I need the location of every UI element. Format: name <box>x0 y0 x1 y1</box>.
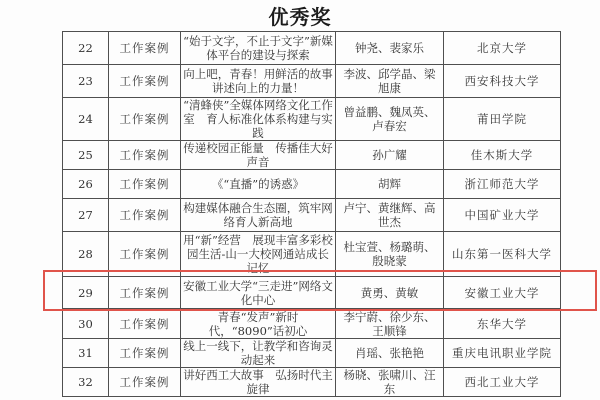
award-table: 22 工作案例 “始于文字，不止于文字”新媒体平台的建设与探索 钟尧、裴家乐 北… <box>62 31 561 397</box>
cell-number: 32 <box>63 368 109 397</box>
document-page: 优秀奖 22 工作案例 “始于文字，不止于文字”新媒体平台的建设与探索 钟尧、裴… <box>0 0 600 400</box>
cell-category: 工作案例 <box>109 65 181 98</box>
cell-project: 传递校园正能量 传播佳大好声音 <box>181 141 336 170</box>
table-row: 28 工作案例 用“新”经营 展现丰富多彩校园生活-山一大校网通站成长记忆 杜宝… <box>63 232 561 277</box>
cell-project: 构建媒体融合生态圈，筑牢网络育人新高地 <box>181 199 336 232</box>
table-row-highlighted: 29 工作案例 安徽工业大学“三走进”网络文化中心 黄勇、黄敏 安徽工业大学 <box>63 277 561 309</box>
cell-project: 线上一线下，让教学和咨询灵动起来 <box>181 339 336 368</box>
table-row: 31 工作案例 线上一线下，让教学和咨询灵动起来 肖瑶、张艳艳 重庆电讯职业学院 <box>63 339 561 368</box>
cell-university: 中国矿业大学 <box>444 199 561 232</box>
table-row: 26 工作案例 《“直播”的诱惑》 胡辉 浙江师范大学 <box>63 170 561 199</box>
cell-university: 安徽工业大学 <box>444 277 561 309</box>
cell-university: 莆田学院 <box>444 98 561 141</box>
cell-number: 29 <box>63 277 109 309</box>
cell-category: 工作案例 <box>109 339 181 368</box>
cell-project: “始于文字，不止于文字”新媒体平台的建设与探索 <box>181 32 336 65</box>
cell-number: 27 <box>63 199 109 232</box>
table-row: 32 工作案例 讲好西工大故事 弘扬时代主旋律 杨晓、张啸川、汪东 西北工业大学 <box>63 368 561 397</box>
cell-number: 26 <box>63 170 109 199</box>
page-title: 优秀奖 <box>0 1 600 30</box>
cell-number: 31 <box>63 339 109 368</box>
cell-university: 佳木斯大学 <box>444 141 561 170</box>
cell-project: 向上吧，青春！用鲜活的故事讲述向上的力量！ <box>181 65 336 98</box>
cell-project: “清蜂侠”全媒体网络文化工作室 育人标准化体系构建与实践 <box>181 98 336 141</box>
table-row: 23 工作案例 向上吧，青春！用鲜活的故事讲述向上的力量！ 李波、邱学晶、梁旭康… <box>63 65 561 98</box>
cell-authors: 黄勇、黄敏 <box>336 277 444 309</box>
table-row: 27 工作案例 构建媒体融合生态圈，筑牢网络育人新高地 卢宁、黄继辉、高世杰 中… <box>63 199 561 232</box>
table-row: 24 工作案例 “清蜂侠”全媒体网络文化工作室 育人标准化体系构建与实践 曾益鹏… <box>63 98 561 141</box>
cell-project: 讲好西工大故事 弘扬时代主旋律 <box>181 368 336 397</box>
cell-authors: 肖瑶、张艳艳 <box>336 339 444 368</box>
cell-category: 工作案例 <box>109 98 181 141</box>
cell-number: 24 <box>63 98 109 141</box>
cell-authors: 杨晓、张啸川、汪东 <box>336 368 444 397</box>
cell-university: 西北工业大学 <box>444 368 561 397</box>
cell-number: 23 <box>63 65 109 98</box>
cell-category: 工作案例 <box>109 232 181 277</box>
cell-authors: 钟尧、裴家乐 <box>336 32 444 65</box>
cell-authors: 孙广耀 <box>336 141 444 170</box>
cell-category: 工作案例 <box>109 141 181 170</box>
cell-authors: 卢宁、黄继辉、高世杰 <box>336 199 444 232</box>
cell-project: 《“直播”的诱惑》 <box>181 170 336 199</box>
cell-number: 22 <box>63 32 109 65</box>
cell-number: 28 <box>63 232 109 277</box>
cell-university: 浙江师范大学 <box>444 170 561 199</box>
cell-university: 重庆电讯职业学院 <box>444 339 561 368</box>
cell-category: 工作案例 <box>109 170 181 199</box>
table-row: 25 工作案例 传递校园正能量 传播佳大好声音 孙广耀 佳木斯大学 <box>63 141 561 170</box>
cell-number: 25 <box>63 141 109 170</box>
cell-university: 山东第一医科大学 <box>444 232 561 277</box>
cell-category: 工作案例 <box>109 309 181 339</box>
cell-authors: 杜宝萱、杨璐萌、殷晓蒙 <box>336 232 444 277</box>
cell-category: 工作案例 <box>109 368 181 397</box>
cell-project: 用“新”经营 展现丰富多彩校园生活-山一大校网通站成长记忆 <box>181 232 336 277</box>
cell-authors: 胡辉 <box>336 170 444 199</box>
cell-category: 工作案例 <box>109 199 181 232</box>
cell-university: 东华大学 <box>444 309 561 339</box>
cell-category: 工作案例 <box>109 277 181 309</box>
cell-university: 西安科技大学 <box>444 65 561 98</box>
cell-project: 安徽工业大学“三走进”网络文化中心 <box>181 277 336 309</box>
cell-project: 青春“发声”新时代，“8090”话初心 <box>181 309 336 339</box>
table-row: 30 工作案例 青春“发声”新时代，“8090”话初心 李宁蔚、徐少东、王顺锋 … <box>63 309 561 339</box>
cell-authors: 曾益鹏、魏凤英、卢春宏 <box>336 98 444 141</box>
cell-university: 北京大学 <box>444 32 561 65</box>
cell-authors: 李波、邱学晶、梁旭康 <box>336 65 444 98</box>
cell-authors: 李宁蔚、徐少东、王顺锋 <box>336 309 444 339</box>
cell-category: 工作案例 <box>109 32 181 65</box>
table-row: 22 工作案例 “始于文字，不止于文字”新媒体平台的建设与探索 钟尧、裴家乐 北… <box>63 32 561 65</box>
cell-number: 30 <box>63 309 109 339</box>
